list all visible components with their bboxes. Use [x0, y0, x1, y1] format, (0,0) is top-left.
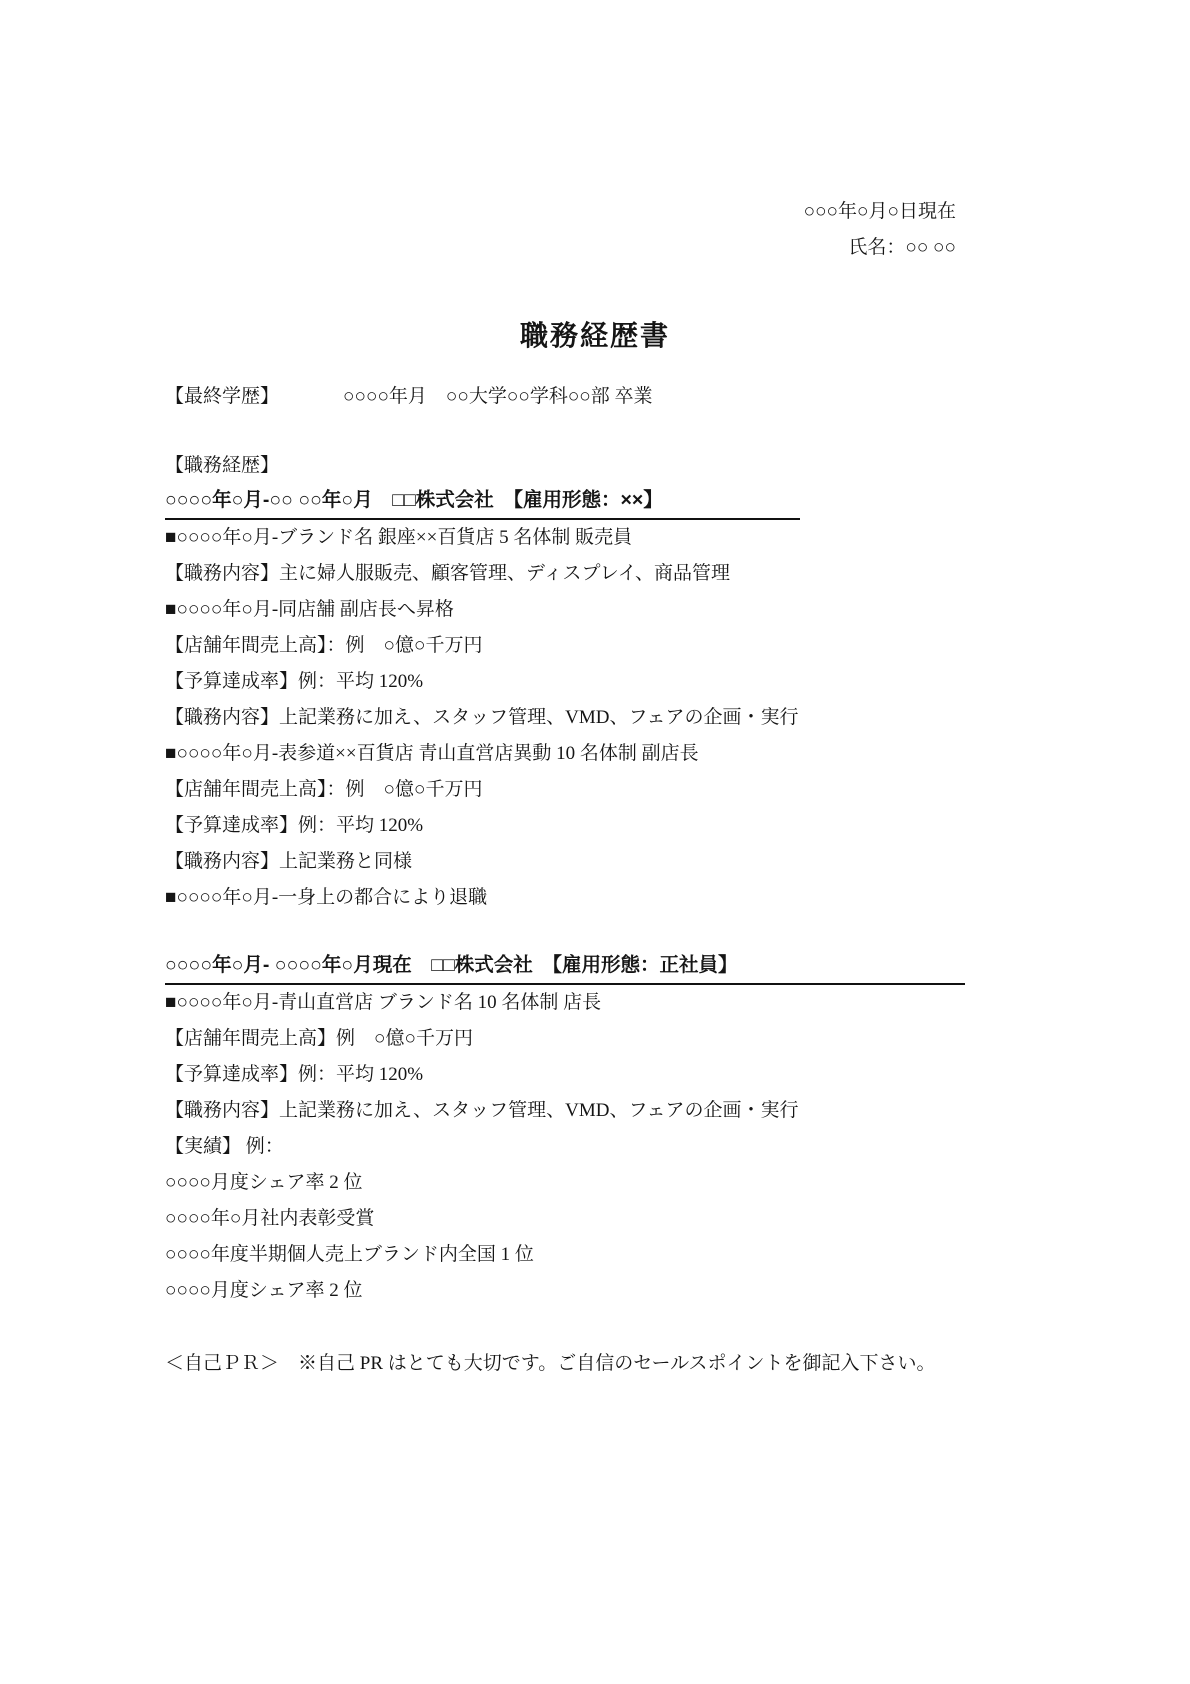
self-pr-line: ＜自己ＰＲ＞ ※自己 PR はとても大切です。ご自信のセールスポイントを御記入下…	[165, 1346, 967, 1382]
job-line: 【店舗年間売上高】例 ○億○千万円	[165, 1021, 967, 1057]
job-line: ○○○○年○月社内表彰受賞	[165, 1201, 967, 1237]
job-line: ■○○○○年○月-表参道××百貨店 青山直営店異動 10 名体制 副店長	[165, 736, 967, 772]
job-line: ○○○○月度シェア率 2 位	[165, 1273, 967, 1309]
resume-document-page: ○○○年○月○日現在 氏名：○○ ○○ 職務経歴書 【最終学歴】○○○○年月 ○…	[0, 0, 1190, 1684]
job-line: ■○○○○年○月-ブランド名 銀座××百貨店 5 名体制 販売員	[165, 520, 967, 556]
education-label: 【最終学歴】	[165, 386, 279, 407]
job-line: ○○○○年度半期個人売上ブランド内全国 1 位	[165, 1237, 967, 1273]
job1-details: ■○○○○年○月-ブランド名 銀座××百貨店 5 名体制 販売員 【職務内容】主…	[165, 520, 967, 916]
job-line: ○○○○月度シェア率 2 位	[165, 1165, 967, 1201]
job-line: 【職務内容】上記業務に加え、スタッフ管理、VMD、フェアの企画・実行	[165, 700, 967, 736]
education-value: ○○○○年月 ○○大学○○学科○○部 卒業	[343, 386, 653, 407]
document-body: 【最終学歴】○○○○年月 ○○大学○○学科○○部 卒業 【職務経歴】 ○○○○年…	[165, 380, 967, 1382]
job-line: 【職務内容】上記業務に加え、スタッフ管理、VMD、フェアの企画・実行	[165, 1093, 967, 1129]
job-line: ■○○○○年○月-一身上の都合により退職	[165, 880, 967, 916]
career-section-label: 【職務経歴】	[165, 449, 967, 482]
current-date-line: ○○○年○月○日現在	[0, 194, 956, 230]
job-line: 【店舗年間売上高】：例 ○億○千万円	[165, 628, 967, 664]
job2-heading: ○○○○年○月- ○○○○年○月現在 □□株式会社 【雇用形態：正社員】	[165, 952, 965, 985]
document-title: 職務経歴書	[0, 314, 1190, 354]
job2-details: ■○○○○年○月-青山直営店 ブランド名 10 名体制 店長 【店舗年間売上高】…	[165, 985, 967, 1309]
job-line: ■○○○○年○月-青山直営店 ブランド名 10 名体制 店長	[165, 985, 967, 1021]
name-line: 氏名：○○ ○○	[0, 230, 956, 266]
job-line: 【予算達成率】例：平均 120%	[165, 664, 967, 700]
job-line: 【実績】 例：	[165, 1129, 967, 1165]
job-line: 【予算達成率】例：平均 120%	[165, 1057, 967, 1093]
job1-heading: ○○○○年○月-○○ ○○年○月 □□株式会社 【雇用形態：××】	[165, 487, 800, 520]
job-line: 【店舗年間売上高】：例 ○億○千万円	[165, 772, 967, 808]
job-line: 【予算達成率】例：平均 120%	[165, 808, 967, 844]
education-line: 【最終学歴】○○○○年月 ○○大学○○学科○○部 卒業	[165, 380, 967, 413]
document-header: ○○○年○月○日現在 氏名：○○ ○○	[0, 0, 956, 266]
job-line: 【職務内容】上記業務と同様	[165, 844, 967, 880]
job-line: 【職務内容】主に婦人服販売、顧客管理、ディスプレイ、商品管理	[165, 556, 967, 592]
job-line: ■○○○○年○月-同店舗 副店長へ昇格	[165, 592, 967, 628]
